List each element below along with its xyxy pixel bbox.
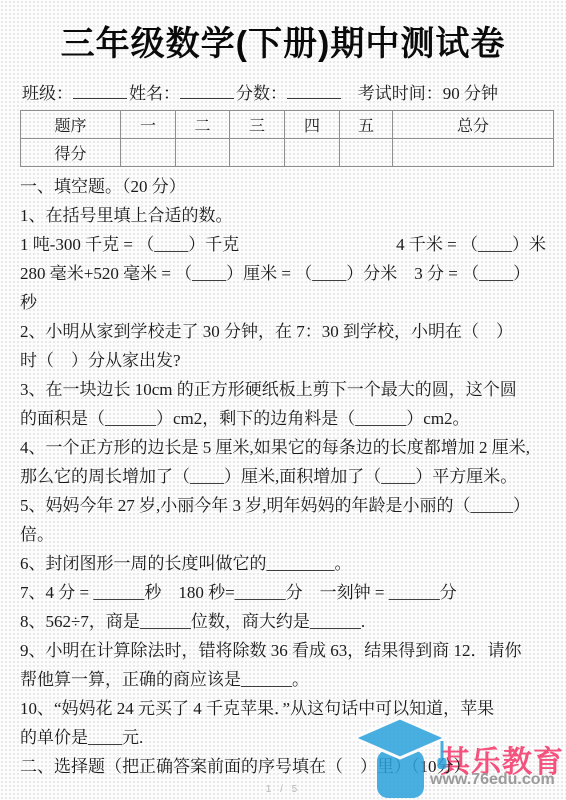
question-line: 的面积是（______）cm2，剩下的边角料是（______）cm2。 bbox=[20, 404, 546, 433]
score-table: 题序 一 二 三 四 五 总分 得分 bbox=[20, 110, 554, 167]
score-cell-empty bbox=[176, 139, 230, 167]
score-table-cell: 三 bbox=[230, 111, 285, 139]
graduation-cap-icon bbox=[352, 716, 448, 800]
exam-time: 考试时间：90 分钟 bbox=[358, 79, 498, 104]
score-table-header-row: 题序 一 二 三 四 五 总分 bbox=[21, 111, 554, 139]
score-cell-empty bbox=[340, 139, 393, 167]
question-line: 5、妈妈今年 27 岁,小丽今年 3 岁,明年妈妈的年龄是小丽的（_____） bbox=[20, 491, 546, 520]
question-line: 8、562÷7，商是______位数，商大约是______. bbox=[20, 607, 546, 636]
score-cell-empty bbox=[285, 139, 340, 167]
student-info-row: 班级： 姓名： 分数： 考试时间：90 分钟 bbox=[22, 79, 544, 104]
section-two-title: 二、选择题（把正确答案前面的序号填在（ ）里）（10分） bbox=[20, 752, 546, 781]
class-label: 班级： bbox=[22, 79, 73, 104]
question-line: 1、在括号里填上合适的数。 bbox=[20, 201, 546, 230]
question-line: 1 吨-300 千克 = （____）千克 4 千米 = （____）米 bbox=[20, 230, 546, 259]
test-paper-page: 三年级数学(下册)期中测试卷 班级： 姓名： 分数： 考试时间：90 分钟 题序… bbox=[0, 0, 566, 800]
score-table-cell: 题序 bbox=[21, 111, 121, 139]
score-table-cell: 一 bbox=[121, 111, 176, 139]
question-line-right: 4 千米 = （____）米 bbox=[396, 230, 546, 259]
section-one-title: 一、填空题。（20 分） bbox=[20, 172, 546, 201]
score-table-score-row: 得分 bbox=[21, 139, 554, 167]
question-line: 280 毫米+520 毫米 = （____）厘米 = （____）分米 3 分 … bbox=[20, 259, 546, 288]
question-line: 9、小明在计算除法时，错将除数 36 看成 63，结果得到商 12．请你 bbox=[20, 636, 546, 665]
score-label: 分数： bbox=[236, 79, 287, 104]
question-line: 秒 bbox=[20, 288, 546, 317]
name-label: 姓名： bbox=[129, 79, 180, 104]
page-title: 三年级数学(下册)期中测试卷 bbox=[0, 0, 566, 65]
question-line: 那么它的周长增加了（____）厘米,面积增加了（____）平方厘米。 bbox=[20, 462, 546, 491]
questions-body: 一、填空题。（20 分） 1、在括号里填上合适的数。 1 吨-300 千克 = … bbox=[20, 172, 546, 781]
score-table-cell: 二 bbox=[176, 111, 230, 139]
paper-content: 三年级数学(下册)期中测试卷 班级： 姓名： 分数： 考试时间：90 分钟 题序… bbox=[0, 0, 566, 781]
score-row-label: 得分 bbox=[21, 139, 121, 167]
class-blank bbox=[73, 82, 127, 99]
question-line: 4、一个正方形的边长是 5 厘米,如果它的每条边的长度都增加 2 厘米, bbox=[20, 433, 546, 462]
question-line: 6、封闭图形一周的长度叫做它的________。 bbox=[20, 549, 546, 578]
score-blank bbox=[287, 82, 341, 99]
name-blank bbox=[180, 82, 234, 99]
score-table-cell: 总分 bbox=[393, 111, 554, 139]
question-line-left: 1 吨-300 千克 = （____）千克 bbox=[20, 230, 239, 259]
question-line: 2、小明从家到学校走了 30 分钟，在 7：30 到学校，小明在（ ） bbox=[20, 317, 546, 346]
question-line: 的单价是____元. bbox=[20, 723, 546, 752]
question-line: 时（ ）分从家出发? bbox=[20, 346, 546, 375]
question-line: 7、4 分 = ______秒 180 秒=______分 一刻钟 = ____… bbox=[20, 578, 546, 607]
question-line: 10、“妈妈花 24 元买了 4 千克苹果．”从这句话中可以知道，苹果 bbox=[20, 694, 546, 723]
question-line: 帮他算一算，正确的商应该是______。 bbox=[20, 665, 546, 694]
score-cell-empty bbox=[230, 139, 285, 167]
page-number: 1 / 5 bbox=[0, 784, 566, 795]
score-cell-empty bbox=[393, 139, 554, 167]
question-line: 3、在一块边长 10cm 的正方形硬纸板上剪下一个最大的圆，这个圆 bbox=[20, 375, 546, 404]
score-table-cell: 四 bbox=[285, 111, 340, 139]
score-cell-empty bbox=[121, 139, 176, 167]
score-table-cell: 五 bbox=[340, 111, 393, 139]
question-line: 倍。 bbox=[20, 520, 546, 549]
